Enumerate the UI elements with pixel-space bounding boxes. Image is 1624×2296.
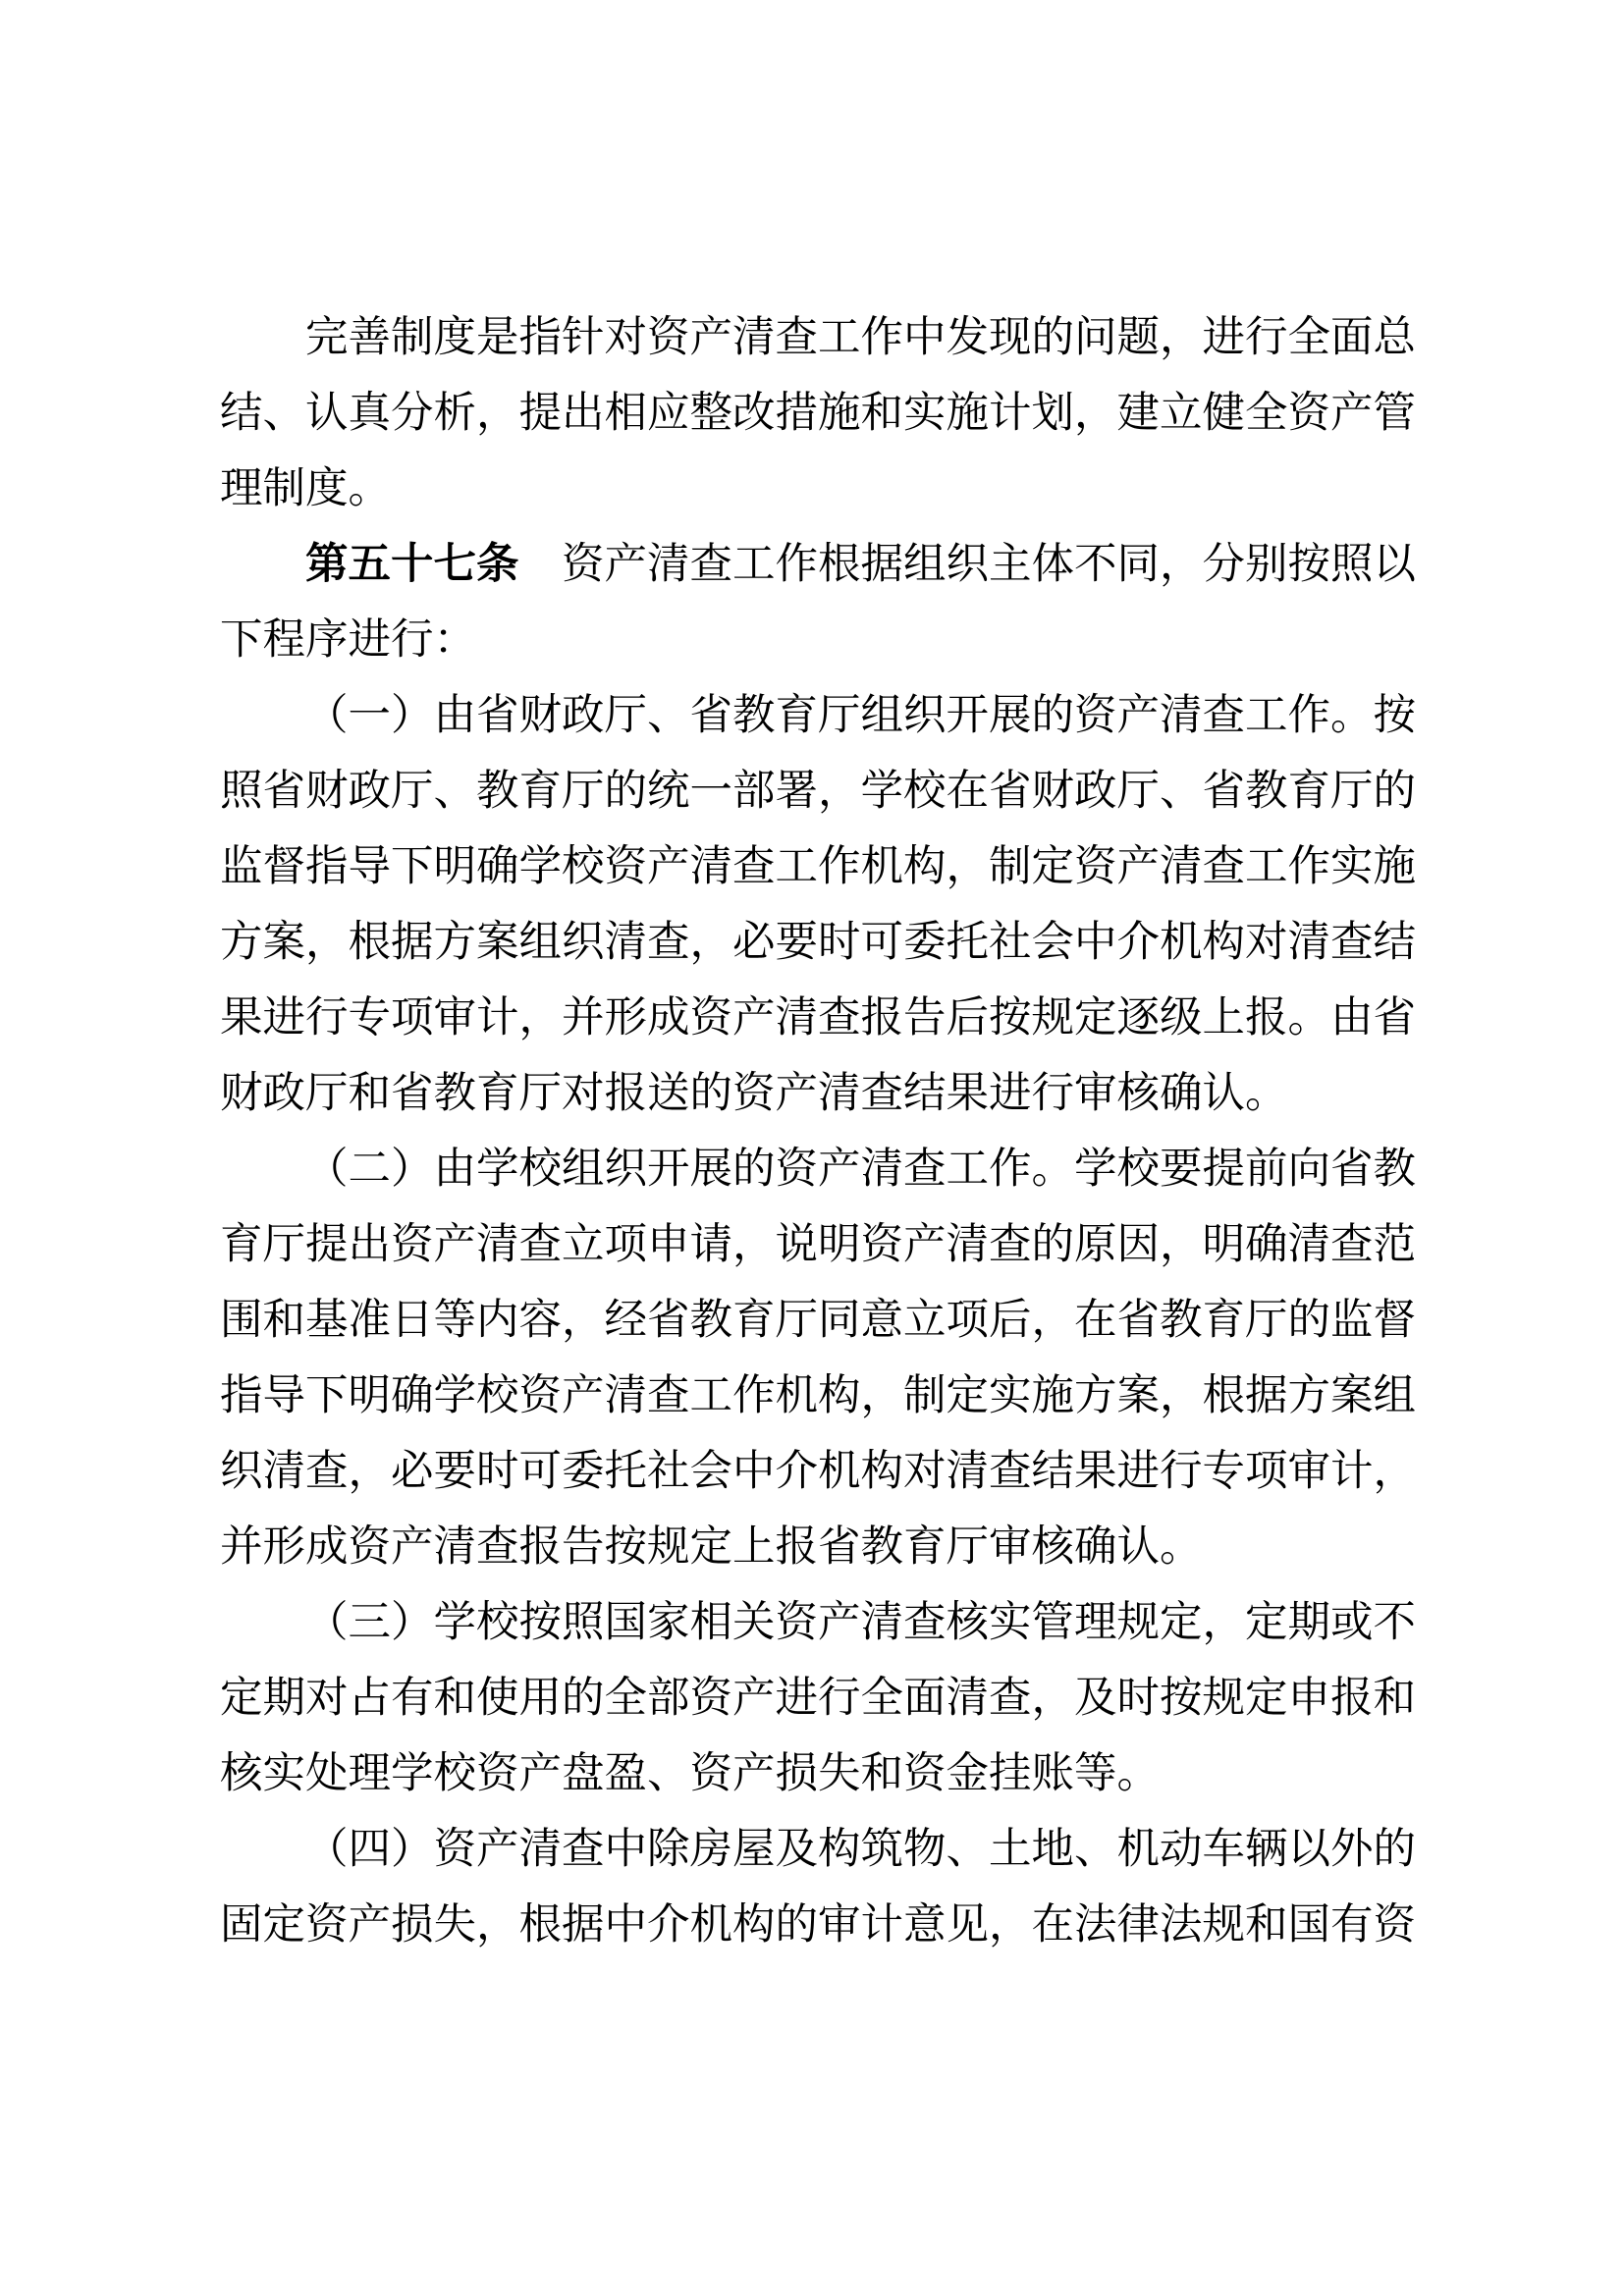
text-run: 理制度。 [220,465,391,512]
text-line: 育厅提出资产清查立项申请，说明资产清查的原因，明确清查范 [220,1207,1416,1283]
text-run: 指导下明确学校资产清查工作机构，制定实施方案，根据方案组 [220,1372,1416,1419]
text-line: 第五十七条 资产清查工作根据组织主体不同，分别按照以 [220,527,1416,603]
text-run: 织清查，必要时可委托社会中介机构对清查结果进行专项审计， [220,1448,1416,1495]
text-line: 定期对占有和使用的全部资产进行全面清查，及时按规定申报和 [220,1661,1416,1736]
text-line: 织清查，必要时可委托社会中介机构对清查结果进行专项审计， [220,1434,1416,1510]
text-run: （三）学校按照国家相关资产清查核实管理规定，定期或不 [305,1599,1416,1646]
text-run: 定期对占有和使用的全部资产进行全面清查，及时按规定申报和 [220,1675,1416,1722]
text-line: 核实处理学校资产盘盈、资产损失和资金挂账等。 [220,1736,1416,1812]
text-line: 果进行专项审计，并形成资产清查报告后按规定逐级上报。由省 [220,981,1416,1056]
para-item-1: （一）由省财政厅、省教育厅组织开展的资产清查工作。按照省财政厅、教育厅的统一部署… [220,678,1416,1132]
text-run: （一）由省财政厅、省教育厅组织开展的资产清查工作。按 [305,692,1416,739]
text-line: （四）资产清查中除房屋及构筑物、土地、机动车辆以外的 [220,1812,1416,1888]
text-line: （三）学校按照国家相关资产清查核实管理规定，定期或不 [220,1585,1416,1661]
para-item-2: （二）由学校组织开展的资产清查工作。学校要提前向省教育厅提出资产清查立项申请，说… [220,1132,1416,1585]
text-run: 方案，根据方案组织清查，必要时可委托社会中介机构对清查结 [220,919,1416,966]
para-improve-system: 完善制度是指针对资产清查工作中发现的问题，进行全面总结、认真分析，提出相应整改措… [220,300,1416,527]
text-line: 下程序进行： [220,603,1416,678]
text-line: 方案，根据方案组织清查，必要时可委托社会中介机构对清查结 [220,905,1416,981]
text-run: 监督指导下明确学校资产清查工作机构，制定资产清查工作实施 [220,843,1416,890]
text-run: 完善制度是指针对资产清查工作中发现的问题，进行全面总 [305,314,1416,361]
text-run: 下程序进行： [220,616,476,664]
text-line: 完善制度是指针对资产清查工作中发现的问题，进行全面总 [220,300,1416,376]
bold-text-run: 第五十七条 [305,541,519,588]
para-item-3: （三）学校按照国家相关资产清查核实管理规定，定期或不定期对占有和使用的全部资产进… [220,1585,1416,1812]
text-block: 完善制度是指针对资产清查工作中发现的问题，进行全面总结、认真分析，提出相应整改措… [220,300,1416,1963]
text-line: 结、认真分析，提出相应整改措施和实施计划，建立健全资产管 [220,376,1416,452]
text-run: 资产清查工作根据组织主体不同，分别按照以 [519,541,1417,588]
text-line: 照省财政厅、教育厅的统一部署，学校在省财政厅、省教育厅的 [220,754,1416,829]
document-page: 完善制度是指针对资产清查工作中发现的问题，进行全面总结、认真分析，提出相应整改措… [0,0,1624,2296]
text-line: （二）由学校组织开展的资产清查工作。学校要提前向省教 [220,1132,1416,1207]
text-run: 核实处理学校资产盘盈、资产损失和资金挂账等。 [220,1750,1160,1797]
text-run: 财政厅和省教育厅对报送的资产清查结果进行审核确认。 [220,1070,1288,1117]
text-line: 围和基准日等内容，经省教育厅同意立项后，在省教育厅的监督 [220,1283,1416,1359]
text-line: 并形成资产清查报告按规定上报省教育厅审核确认。 [220,1510,1416,1585]
text-run: 结、认真分析，提出相应整改措施和实施计划，建立健全资产管 [220,390,1416,437]
text-run: 固定资产损失，根据中介机构的审计意见，在法律法规和国有资 [220,1901,1416,1949]
text-run: 果进行专项审计，并形成资产清查报告后按规定逐级上报。由省 [220,994,1416,1041]
text-line: 指导下明确学校资产清查工作机构，制定实施方案，根据方案组 [220,1359,1416,1434]
text-line: 财政厅和省教育厅对报送的资产清查结果进行审核确认。 [220,1056,1416,1132]
text-run: （四）资产清查中除房屋及构筑物、土地、机动车辆以外的 [305,1826,1416,1873]
text-run: 围和基准日等内容，经省教育厅同意立项后，在省教育厅的监督 [220,1297,1416,1344]
text-line: 理制度。 [220,452,1416,527]
text-line: （一）由省财政厅、省教育厅组织开展的资产清查工作。按 [220,678,1416,754]
text-run: 育厅提出资产清查立项申请，说明资产清查的原因，明确清查范 [220,1221,1416,1268]
text-run: 照省财政厅、教育厅的统一部署，学校在省财政厅、省教育厅的 [220,768,1416,815]
para-article-57: 第五十七条 资产清查工作根据组织主体不同，分别按照以下程序进行： [220,527,1416,678]
text-run: （二）由学校组织开展的资产清查工作。学校要提前向省教 [305,1146,1416,1193]
text-line: 监督指导下明确学校资产清查工作机构，制定资产清查工作实施 [220,829,1416,905]
text-run: 并形成资产清查报告按规定上报省教育厅审核确认。 [220,1523,1203,1571]
para-item-4: （四）资产清查中除房屋及构筑物、土地、机动车辆以外的固定资产损失，根据中介机构的… [220,1812,1416,1963]
text-line: 固定资产损失，根据中介机构的审计意见，在法律法规和国有资 [220,1888,1416,1963]
